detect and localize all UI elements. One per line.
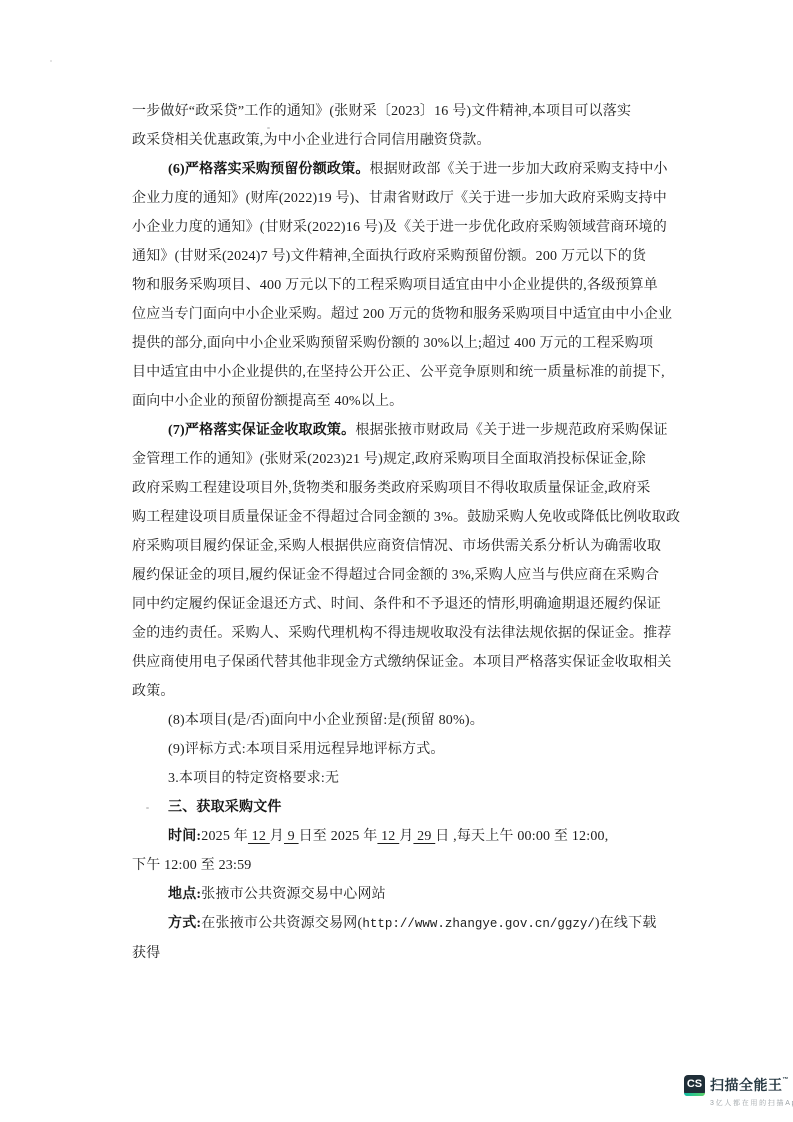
text-line: 府采购项目履约保证金,采购人根据供应商资信情况、市场供需关系分析认为确需收取: [132, 532, 666, 561]
text-segment: 位应当专门面向中小企业采购。超过 200 万元的货物和服务采购项目中适宜由中小企…: [132, 307, 672, 322]
camscanner-logo-icon: CS: [684, 1075, 705, 1096]
text-segment: 供应商使用电子保函代替其他非现金方式缴纳保证金。本项目严格落实保证金收取相关: [132, 655, 672, 670]
scan-speck: [267, 127, 270, 129]
text-segment: 获得: [132, 946, 160, 961]
text-segment: 时间:: [168, 829, 201, 844]
camscanner-logo-accent-bar: [684, 1093, 705, 1097]
document-body: 一步做好“政采贷”工作的通知》(张财采〔2023〕16 号)文件精神,本项目可以…: [132, 97, 666, 968]
trademark-mark: ™: [783, 1077, 790, 1083]
text-segment: 日至 2025 年: [299, 829, 378, 844]
text-segment: 金管理工作的通知》(张财采(2023)21 号)规定,政府采购项目全面取消投标保…: [132, 452, 646, 467]
text-line: 面向中小企业的预留份额提高至 40%以上。: [132, 387, 666, 416]
text-line: (9)评标方式:本项目采用远程异地评标方式。: [132, 735, 666, 764]
text-line: 位应当专门面向中小企业采购。超过 200 万元的货物和服务采购项目中适宜由中小企…: [132, 300, 666, 329]
text-segment: (6)严格落实采购预留份额政策。: [168, 162, 370, 177]
text-segment: 政府采购工程建设项目外,货物类和服务类政府采购项目不得收取质量保证金,政府采: [132, 481, 651, 496]
text-segment: 在张掖市公共资源交易网(: [201, 916, 362, 931]
text-line: 金的违约责任。采购人、采购代理机构不得违规收取没有法律法规依据的保证金。推荐: [132, 619, 666, 648]
camscanner-wordmark-block: 扫描全能王™ 3亿人都在用的扫描App: [710, 1075, 793, 1108]
camscanner-logo-text: CS: [687, 1079, 702, 1090]
text-line: 3.本项目的特定资格要求:无: [132, 764, 666, 793]
text-line: 购工程建设项目质量保证金不得超过合同金额的 3%。鼓励采购人免收或降低比例收取政: [132, 503, 666, 532]
text-line: (8)本项目(是/否)面向中小企业预留:是(预留 80%)。: [132, 706, 666, 735]
text-segment: 日 ,每天上午 00:00 至 12:00,: [435, 829, 608, 844]
text-segment: 物和服务采购项目、400 万元以下的工程采购项目适宜由中小企业提供的,各级预算单: [132, 278, 658, 293]
text-line: 小企业力度的通知》(甘财采(2022)16 号)及《关于进一步优化政府采购领域营…: [132, 213, 666, 242]
text-line: 获得: [132, 939, 666, 968]
text-segment: 月: [399, 829, 413, 844]
text-segment: (8)本项目(是/否)面向中小企业预留:是(预留 80%)。: [168, 713, 484, 728]
camscanner-tagline: 3亿人都在用的扫描App: [710, 1098, 793, 1108]
text-line: 企业力度的通知》(财库(2022)19 号)、甘肃省财政厅《关于进一步加大政府采…: [132, 184, 666, 213]
text-segment: 张掖市公共资源交易中心网站: [201, 887, 386, 902]
text-line: 提供的部分,面向中小企业采购预留采购份额的 30%以上;超过 400 万元的工程…: [132, 329, 666, 358]
scan-speck: [50, 60, 52, 62]
scan-speck: [146, 807, 149, 809]
text-line: 政策。: [132, 677, 666, 706]
text-line: 供应商使用电子保函代替其他非现金方式缴纳保证金。本项目严格落实保证金收取相关: [132, 648, 666, 677]
text-segment: 29: [413, 829, 435, 844]
text-segment: 面向中小企业的预留份额提高至 40%以上。: [132, 394, 403, 409]
text-segment: 月: [270, 829, 284, 844]
text-line: 方式:在张掖市公共资源交易网(http://www.zhangye.gov.cn…: [132, 909, 666, 939]
text-segment: 三、获取采购文件: [168, 800, 282, 815]
camscanner-brand-text: 扫描全能王™: [710, 1075, 793, 1096]
text-segment: )在线下载: [595, 916, 657, 931]
text-segment: 目中适宜由中小企业提供的,在坚持公开公正、公平竞争原则和统一质量标准的前提下,: [132, 365, 665, 380]
text-segment: 9: [284, 829, 299, 844]
text-line: 通知》(甘财采(2024)7 号)文件精神,全面执行政府采购预留份额。200 万…: [132, 242, 666, 271]
text-segment: 同中约定履约保证金退还方式、时间、条件和不予退还的情形,明确逾期退还履约保证: [132, 597, 661, 612]
text-segment: 提供的部分,面向中小企业采购预留采购份额的 30%以上;超过 400 万元的工程…: [132, 336, 653, 351]
text-segment: 政策。: [132, 684, 175, 699]
text-line: 下午 12:00 至 23:59: [132, 851, 666, 880]
text-line: 地点:张掖市公共资源交易中心网站: [132, 880, 666, 909]
text-line: 同中约定履约保证金退还方式、时间、条件和不予退还的情形,明确逾期退还履约保证: [132, 590, 666, 619]
text-segment: 购工程建设项目质量保证金不得超过合同金额的 3%。鼓励采购人免收或降低比例收取政: [132, 510, 680, 525]
text-segment: 政采贷相关优惠政策,为中小企业进行合同信用融资贷款。: [132, 133, 491, 148]
text-line: 政府采购工程建设项目外,货物类和服务类政府采购项目不得收取质量保证金,政府采: [132, 474, 666, 503]
text-line: 三、获取采购文件: [132, 793, 666, 822]
text-segment: 方式:: [168, 916, 201, 931]
camscanner-brand-label: 扫描全能王: [710, 1077, 783, 1093]
text-line: 物和服务采购项目、400 万元以下的工程采购项目适宜由中小企业提供的,各级预算单: [132, 271, 666, 300]
text-segment: 履约保证金的项目,履约保证金不得超过合同金额的 3%,采购人应当与供应商在采购合: [132, 568, 659, 583]
text-line: 金管理工作的通知》(张财采(2023)21 号)规定,政府采购项目全面取消投标保…: [132, 445, 666, 474]
text-segment: 根据张掖市财政局《关于进一步规范政府采购保证: [355, 423, 667, 438]
text-line: 一步做好“政采贷”工作的通知》(张财采〔2023〕16 号)文件精神,本项目可以…: [132, 97, 666, 126]
text-segment: http://www.zhangye.gov.cn/ggzy/: [362, 917, 595, 931]
text-segment: 通知》(甘财采(2024)7 号)文件精神,全面执行政府采购预留份额。200 万…: [132, 249, 646, 264]
text-segment: (9)评标方式:本项目采用远程异地评标方式。: [168, 742, 445, 757]
text-segment: 根据财政部《关于进一步加大政府采购支持中小: [370, 162, 668, 177]
text-line: (6)严格落实采购预留份额政策。根据财政部《关于进一步加大政府采购支持中小: [132, 155, 666, 184]
text-line: 目中适宜由中小企业提供的,在坚持公开公正、公平竞争原则和统一质量标准的前提下,: [132, 358, 666, 387]
text-segment: 一步做好“政采贷”工作的通知》(张财采〔2023〕16 号)文件精神,本项目可以…: [132, 104, 631, 119]
text-line: (7)严格落实保证金收取政策。根据张掖市财政局《关于进一步规范政府采购保证: [132, 416, 666, 445]
text-segment: 企业力度的通知》(财库(2022)19 号)、甘肃省财政厅《关于进一步加大政府采…: [132, 191, 667, 206]
text-line: 政采贷相关优惠政策,为中小企业进行合同信用融资贷款。: [132, 126, 666, 155]
text-segment: 地点:: [168, 887, 201, 902]
text-segment: 下午 12:00 至 23:59: [132, 858, 251, 873]
text-segment: (7)严格落实保证金收取政策。: [168, 423, 355, 438]
text-segment: 金的违约责任。采购人、采购代理机构不得违规收取没有法律法规依据的保证金。推荐: [132, 626, 672, 641]
text-segment: 府采购项目履约保证金,采购人根据供应商资信情况、市场供需关系分析认为确需收取: [132, 539, 661, 554]
text-segment: 12: [248, 829, 270, 844]
text-segment: 12: [377, 829, 399, 844]
camscanner-watermark: CS 扫描全能王™ 3亿人都在用的扫描App: [684, 1075, 793, 1108]
scanned-document-page: 一步做好“政采贷”工作的通知》(张财采〔2023〕16 号)文件精神,本项目可以…: [0, 0, 793, 1122]
text-line: 履约保证金的项目,履约保证金不得超过合同金额的 3%,采购人应当与供应商在采购合: [132, 561, 666, 590]
text-segment: 2025 年: [201, 829, 248, 844]
text-line: 时间:2025 年 12 月 9 日至 2025 年 12 月 29 日 ,每天…: [132, 822, 666, 851]
text-segment: 3.本项目的特定资格要求:无: [168, 771, 339, 786]
text-segment: 小企业力度的通知》(甘财采(2022)16 号)及《关于进一步优化政府采购领域营…: [132, 220, 667, 235]
